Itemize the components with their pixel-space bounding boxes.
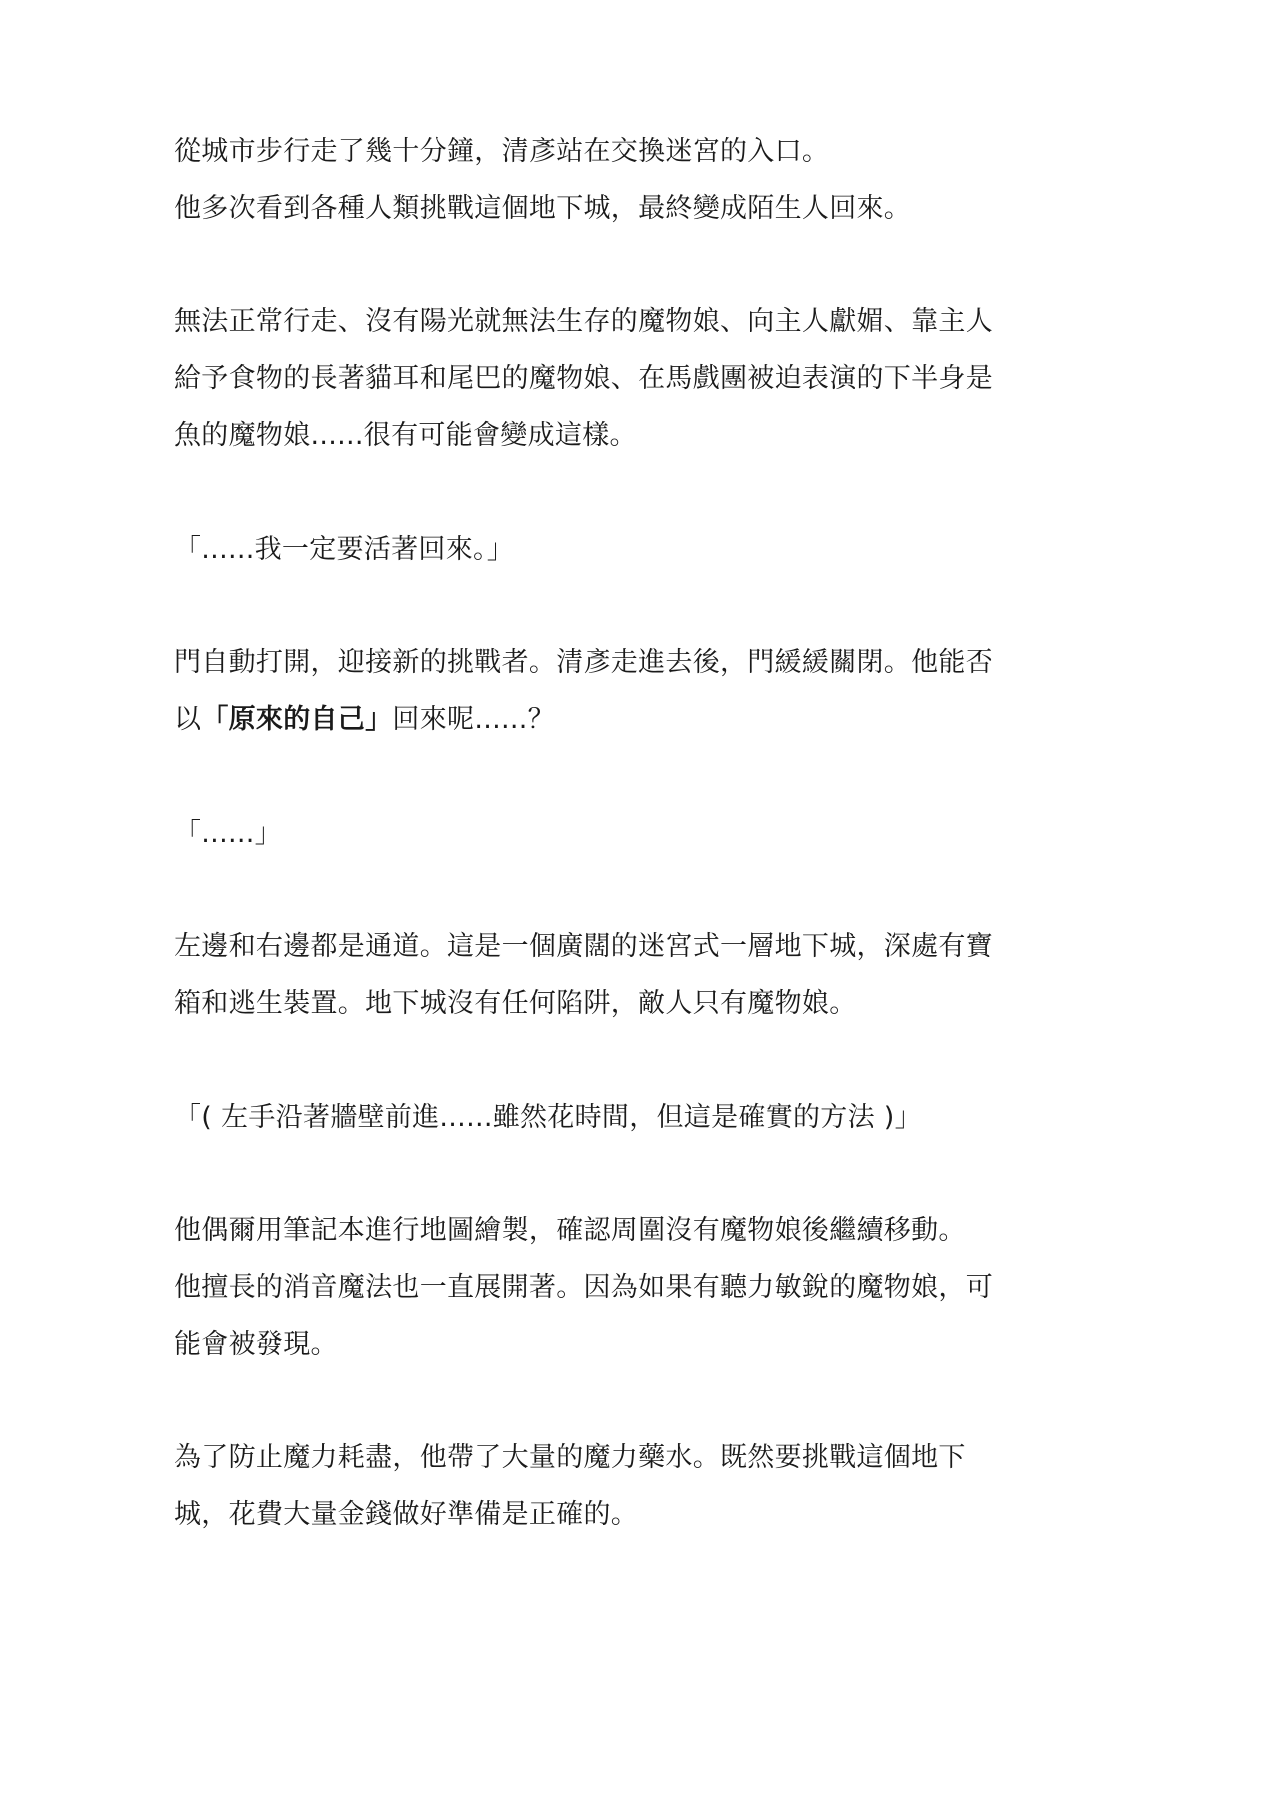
paragraph-monster-girls: 無法正常行走、沒有陽光就無法生存的魔物娘、向主人獻媚、靠主人 給予食物的長著貓耳… [174,294,1094,464]
text-line: 從城市步行走了幾十分鐘，清彥站在交換迷宮的入口。 [174,124,1094,181]
dialogue-resolve: 「......我一定要活著回來。」 [174,522,1094,579]
text-line: 魚的魔物娘......很有可能會變成這樣。 [174,408,1094,465]
text-line: 能會被發現。 [174,1317,1094,1374]
dialogue-silence: 「......」 [174,806,1094,863]
text-line: 門自動打開，迎接新的挑戰者。清彥走進去後，門緩緩關閉。他能否 [174,635,1094,692]
paragraph-potions: 為了防止魔力耗盡，他帶了大量的魔力藥水。既然要挑戰這個地下 城，花費大量金錢做好… [174,1430,1094,1544]
paragraph-dungeon-layout: 左邊和右邊都是通道。這是一個廣闊的迷宮式一層地下城，深處有寶 箱和逃生裝置。地下… [174,919,1094,1033]
document-body: 從城市步行走了幾十分鐘，清彥站在交換迷宮的入口。 他多次看到各種人類挑戰這個地下… [174,124,1094,1601]
text-segment: 以 [174,704,201,735]
text-line: 「......」 [174,806,1094,863]
text-line: 城，花費大量金錢做好準備是正確的。 [174,1487,1094,1544]
text-line: 他多次看到各種人類挑戰這個地下城，最終變成陌生人回來。 [174,181,1094,238]
text-line: 「......我一定要活著回來。」 [174,522,1094,579]
paragraph-arrival: 從城市步行走了幾十分鐘，清彥站在交換迷宮的入口。 他多次看到各種人類挑戰這個地下… [174,124,1094,238]
emphasis-original-self: 「原來的自己」 [201,704,392,735]
text-line: 「( 左手沿著牆壁前進......雖然花時間，但這是確實的方法 )」 [174,1090,1094,1147]
text-line: 給予食物的長著貓耳和尾巴的魔物娘、在馬戲團被迫表演的下半身是 [174,351,1094,408]
paragraph-mapping: 他偶爾用筆記本進行地圖繪製，確認周圍沒有魔物娘後繼續移動。 他擅長的消音魔法也一… [174,1203,1094,1373]
text-line-with-emphasis: 以「原來的自己」回來呢......？ [174,692,1094,749]
thought-left-hand-rule: 「( 左手沿著牆壁前進......雖然花時間，但這是確實的方法 )」 [174,1090,1094,1147]
text-line: 箱和逃生裝置。地下城沒有任何陷阱，敵人只有魔物娘。 [174,976,1094,1033]
text-segment: 回來呢......？ [392,704,555,735]
text-line: 左邊和右邊都是通道。這是一個廣闊的迷宮式一層地下城，深處有寶 [174,919,1094,976]
text-line: 為了防止魔力耗盡，他帶了大量的魔力藥水。既然要挑戰這個地下 [174,1430,1094,1487]
paragraph-door: 門自動打開，迎接新的挑戰者。清彥走進去後，門緩緩關閉。他能否 以「原來的自己」回… [174,635,1094,749]
text-line: 無法正常行走、沒有陽光就無法生存的魔物娘、向主人獻媚、靠主人 [174,294,1094,351]
text-line: 他擅長的消音魔法也一直展開著。因為如果有聽力敏銳的魔物娘，可 [174,1260,1094,1317]
text-line: 他偶爾用筆記本進行地圖繪製，確認周圍沒有魔物娘後繼續移動。 [174,1203,1094,1260]
